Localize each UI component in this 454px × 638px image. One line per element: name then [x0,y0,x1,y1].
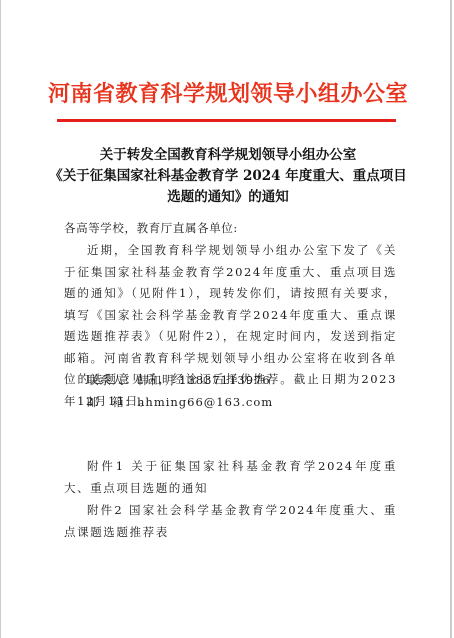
attachment-1: 附件1 关于征集国家社科基金教育学2024年度重大、重点项目选题的通知 [64,456,397,499]
document-page: 河南省教育科学规划领导小组办公室 关于转发全国教育科学规划领导小组办公室 《关于… [0,0,452,638]
red-header-rule [57,119,396,122]
document-title-line-2: 《关于征集国家社科基金教育学 2024 年度重大、重点项目 [41,166,415,187]
document-title: 关于转发全国教育科学规划领导小组办公室 《关于征集国家社科基金教育学 2024 … [41,145,415,208]
document-title-line-3: 选题的通知》的通知 [41,187,415,208]
document-title-line-1: 关于转发全国教育科学规划领导小组办公室 [41,145,415,166]
attachment-2: 附件2 国家社会科学基金教育学2024年度重大、重点课题选题推荐表 [64,500,397,543]
org-header-title: 河南省教育科学规划领导小组办公室 [1,82,454,108]
salutation: 各高等学校，教育厅直属各单位: [64,218,397,240]
contact-email: 邮 箱：hhming66@163.com [87,392,420,414]
contact-person: 联系人：韩和明 13837113976 [87,370,420,392]
